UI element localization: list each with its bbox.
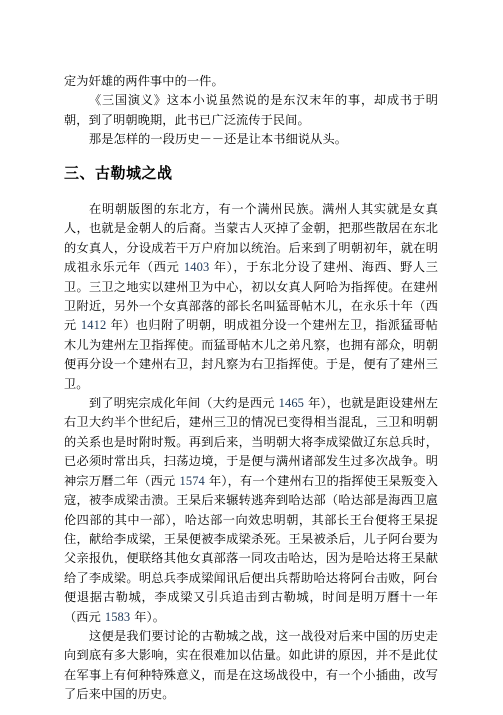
text-run: 年）。 (130, 610, 165, 624)
text-run: 年）也归附了明朝，明成祖分设一个建州左卫，指派猛哥帖木儿为建州左卫指挥使。而猛哥… (64, 318, 438, 390)
text-run: 年），有一个建州右卫的指挥使王杲叛变入寇，被李成梁击溃。王杲后来辗转逃奔到哈达部… (64, 474, 438, 624)
section-body: 在明朝版图的东北方，有一个满州民族。满州人其实就是女真人，也就是金朝人的后裔。当… (64, 200, 438, 705)
year-value: 1583 (105, 610, 130, 624)
section-paragraph-3: 这便是我们要讨论的古勒城之战，这一战役对后来中国的历史走向到底有多大影响，实在很… (64, 627, 438, 705)
section-paragraph-1: 在明朝版图的东北方，有一个满州民族。满州人其实就是女真人，也就是金朝人的后裔。当… (64, 200, 438, 394)
intro-paragraph-2: 《三国演义》这本小说虽然说的是东汉末年的事，却成书于明朝，到了明朝晚期，此书已广… (64, 91, 438, 130)
text-run: 到了明宪宗成化年间（大约是西元 (89, 396, 279, 410)
intro-paragraph-1: 定为奸雄的两件事中的一件。 (64, 72, 438, 91)
year-value: 1465 (279, 396, 304, 410)
intro-paragraph-3: 那是怎样的一段历史－－还是让本书细说从头。 (64, 130, 438, 149)
year-value: 1574 (180, 474, 205, 488)
section-heading: 三、古勒城之战 (64, 163, 173, 183)
section-paragraph-2: 到了明宪宗成化年间（大约是西元 1465 年），也就是距设建州左右卫大约半个世纪… (64, 394, 438, 627)
document-page: 定为奸雄的两件事中的一件。 《三国演义》这本小说虽然说的是东汉末年的事，却成书于… (64, 72, 438, 150)
year-value: 1403 (184, 260, 209, 274)
year-value: 1412 (81, 318, 106, 332)
